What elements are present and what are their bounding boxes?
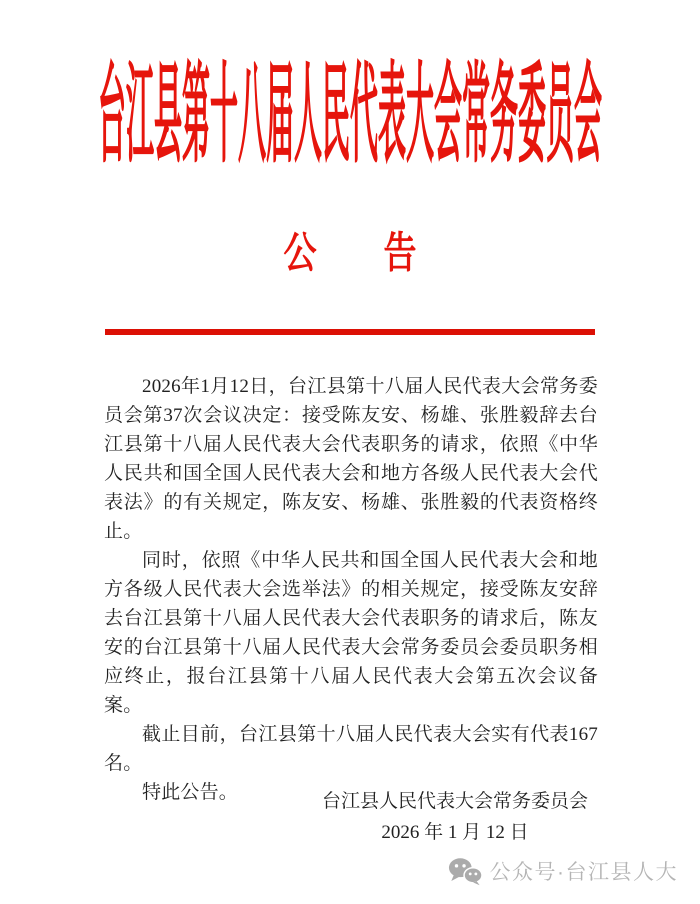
watermark-label: 公众号·台江县人大 [490, 856, 679, 886]
body-paragraph-2: 同时，依照《中华人民共和国全国人民代表大会和地方各级人民代表大会选举法》的相关规… [104, 546, 598, 720]
wechat-icon [448, 857, 482, 886]
org-title: 台江县第十八届人民代表大会常务委员会 [98, 66, 602, 175]
wechat-watermark: 公众号·台江县人大 [448, 856, 679, 886]
closing-block: 台江县人民代表大会常务委员会 2026 年 1 月 12 日 [320, 786, 590, 848]
body-paragraph-1: 2026年1月12日，台江县第十八届人民代表大会常务委员会第37次会议决定：接受… [104, 372, 598, 546]
signature: 台江县人民代表大会常务委员会 [320, 786, 590, 817]
announcement-body: 2026年1月12日，台江县第十八届人民代表大会常务委员会第37次会议决定：接受… [104, 372, 598, 807]
red-divider-line [105, 329, 595, 335]
doc-type-row: 公告 [0, 231, 700, 291]
announcement-page: 台江县第十八届人民代表大会常务委员会 公告 2026年1月12日，台江县第十八届… [0, 0, 700, 904]
body-paragraph-3: 截止目前，台江县第十八届人民代表大会实有代表167名。 [104, 720, 598, 778]
signature-date: 2026 年 1 月 12 日 [320, 817, 590, 848]
org-title-row: 台江县第十八届人民代表大会常务委员会 [0, 66, 700, 196]
doc-type-heading: 公告 [217, 231, 484, 278]
